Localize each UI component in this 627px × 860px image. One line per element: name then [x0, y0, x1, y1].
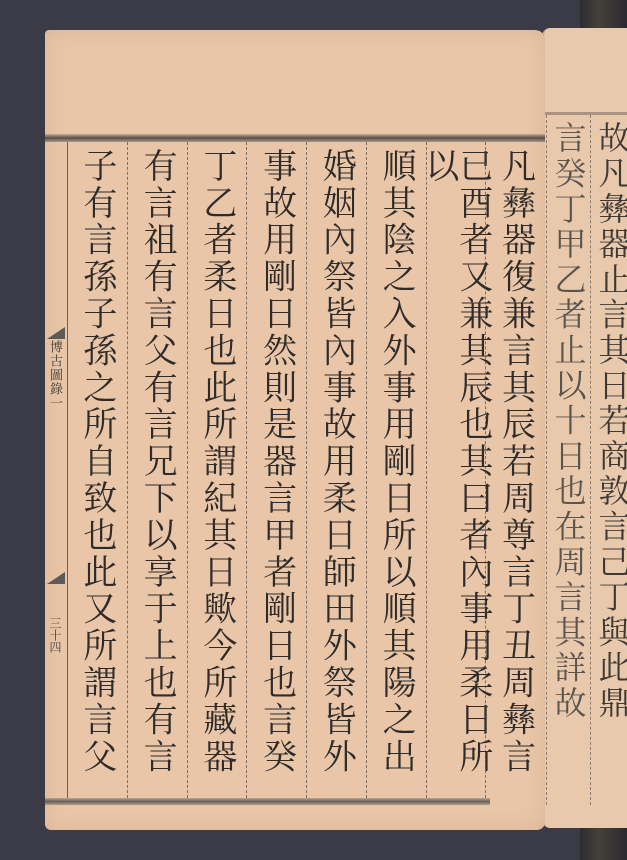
column-text: 順其陰之入外事用剛日所以順其陽之出 [379, 142, 413, 798]
next-page: 故凡彝器止言其日若商敦言己丁與此鼎 言癸丁甲乙者止以十日也在周言其詳故 [542, 28, 627, 828]
fishtail-mark-bottom-icon [47, 572, 65, 584]
text-column: 子有言孫子孫之所自致也此又所謂言父 [67, 142, 127, 798]
bottom-border-rule [45, 798, 490, 805]
page-margin-banxin: 博古圖錄一 三十四 [45, 142, 68, 798]
margin-page-number: 三十四 [48, 617, 64, 653]
next-page-columns: 故凡彝器止言其日若商敦言己丁與此鼎 言癸丁甲乙者止以十日也在周言其詳故 [544, 112, 627, 805]
next-page-column: 言癸丁甲乙者止以十日也在周言其詳故 [546, 115, 590, 805]
column-text: 有言祖有言父有言兄下以享于上也有言 [140, 142, 174, 798]
next-page-column-text: 故凡彝器止言其日若商敦言己丁與此鼎 [597, 115, 627, 805]
text-column: 凡彝器復兼言其辰若周尊言丁丑周彝言 [485, 142, 545, 798]
text-column: 丁乙者柔日也此所謂紀其日歟今所藏器 [187, 142, 247, 798]
column-text: 丁乙者柔日也此所謂紀其日歟今所藏器 [200, 142, 234, 798]
text-columns: 凡彝器復兼言其辰若周尊言丁丑周彝言 已酉者又兼其辰也其曰者內事用柔日所以 順其陰… [67, 142, 545, 798]
text-column: 有言祖有言父有言兄下以享于上也有言 [127, 142, 187, 798]
column-text: 事故用剛日然則是器言甲者剛日也言癸 [260, 142, 294, 798]
column-text: 婚姻內祭皆內事故用柔日師田外祭皆外 [319, 142, 353, 798]
text-column: 婚姻內祭皆內事故用柔日師田外祭皆外 [306, 142, 366, 798]
top-border-rule [45, 134, 545, 142]
next-page-column-text: 言癸丁甲乙者止以十日也在周言其詳故 [553, 115, 585, 805]
fishtail-mark-top-icon [47, 327, 65, 339]
text-column: 順其陰之入外事用剛日所以順其陽之出 [366, 142, 426, 798]
text-column: 事故用剛日然則是器言甲者剛日也言癸 [246, 142, 306, 798]
column-text: 已酉者又兼其辰也其曰者內事用柔日所以 [422, 142, 490, 798]
column-text: 子有言孫子孫之所自致也此又所謂言父 [80, 142, 114, 798]
book-page: 博古圖錄一 三十四 凡彝器復兼言其辰若周尊言丁丑周彝言 已酉者又兼其辰也其曰者內… [45, 30, 545, 830]
text-column: 已酉者又兼其辰也其曰者內事用柔日所以 [426, 142, 486, 798]
next-page-column: 故凡彝器止言其日若商敦言己丁與此鼎 [590, 115, 627, 805]
margin-book-title: 博古圖錄一 [48, 340, 64, 410]
column-text: 凡彝器復兼言其辰若周尊言丁丑周彝言 [499, 142, 533, 798]
